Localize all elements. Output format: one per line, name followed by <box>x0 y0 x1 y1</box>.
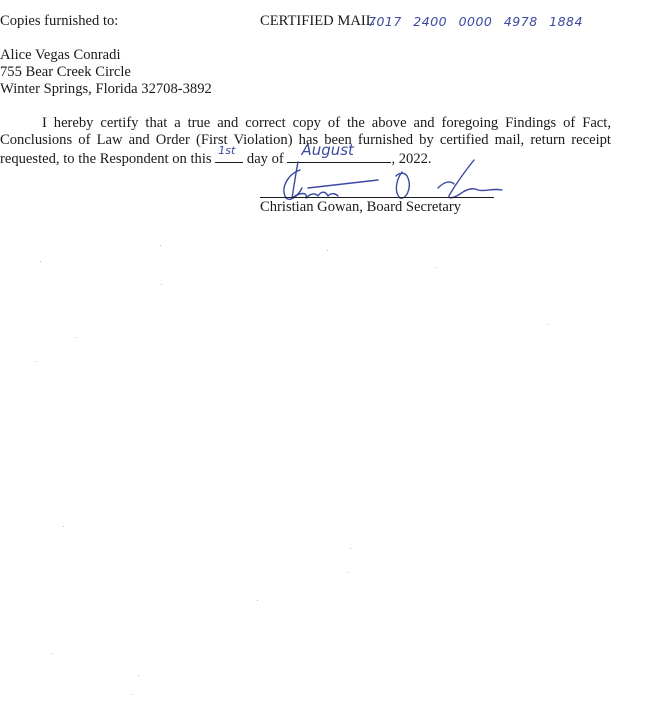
month-handwritten: August <box>301 142 354 159</box>
signer-caption: Christian Gowan, Board Secretary <box>260 199 461 216</box>
day-handwritten: 1st <box>218 143 235 160</box>
signature-line <box>260 197 494 198</box>
day-blank: 1st <box>215 148 243 163</box>
certification-line-1: I hereby certify that a true and correct… <box>0 115 611 132</box>
certified-mail-tracking-number: 7017 2400 0000 4978 1884 <box>368 14 583 29</box>
recipient-city-state-zip: Winter Springs, Florida 32708-3892 <box>0 81 212 98</box>
recipient-street: 755 Bear Creek Circle <box>0 64 131 81</box>
certified-mail-label: CERTIFIED MAIL <box>260 13 375 30</box>
recipient-name: Alice Vegas Conradi <box>0 47 121 64</box>
copies-furnished-heading: Copies furnished to: <box>0 13 118 30</box>
certification-line-3-prefix: requested, to the Respondent on this <box>0 151 212 167</box>
